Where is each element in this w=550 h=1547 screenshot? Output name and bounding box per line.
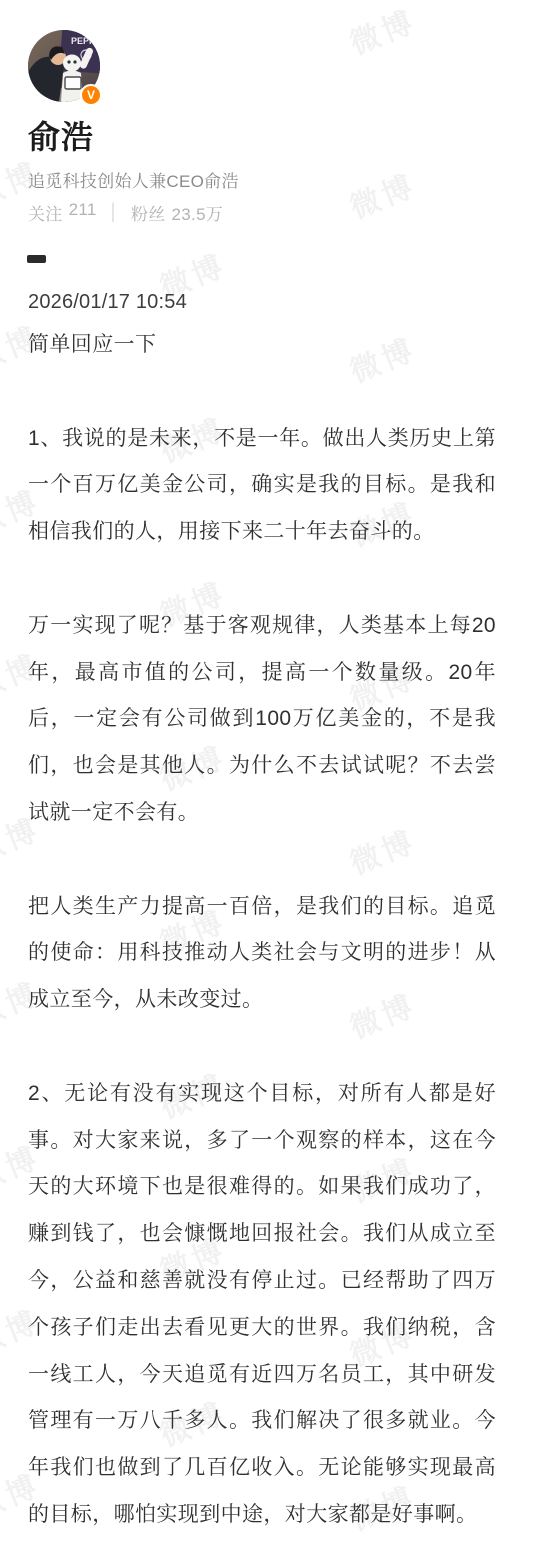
following-count: 211: [69, 200, 97, 225]
followers-count: 23.5万: [172, 200, 224, 225]
following-stat[interactable]: 关注 211: [28, 200, 97, 225]
verified-badge-letter: V: [87, 89, 95, 101]
post-paragraph: 2、无论有没有实现这个目标，对所有人都是好事。对大家来说，多了一个观察的样本，这…: [28, 1071, 496, 1539]
followers-label: 粉丝: [131, 200, 166, 225]
verified-badge-icon: V: [80, 84, 102, 106]
following-label: 关注: [28, 200, 63, 225]
post-body: 简单回应一下1、我说的是未来，不是一年。做出人类历史上第一个百万亿美金公司，确实…: [28, 322, 496, 1539]
profile-stats: 关注 211 │ 粉丝 23.5万: [28, 200, 223, 225]
weibo-watermark: 微博: [342, 161, 422, 227]
avatar[interactable]: PEPP V: [28, 30, 100, 102]
post-paragraph: 万一实现了呢？基于客观规律，人类基本上每20年，最高市值的公司，提高一个数量级。…: [28, 603, 496, 837]
weibo-post-screenshot: 微博微博微博微博微博微博微博微博微博微博微博微博微博微博微博微博微博微博微博微博…: [0, 0, 550, 1547]
followers-stat[interactable]: 粉丝 23.5万: [131, 200, 223, 225]
weibo-watermark: 微博: [342, 0, 422, 63]
profile-name[interactable]: 俞浩: [28, 112, 94, 158]
stats-divider: │: [109, 204, 119, 222]
post-paragraph: 简单回应一下: [28, 322, 496, 369]
collapsed-dash: [27, 255, 46, 263]
avatar-sign-text: PEPP: [71, 36, 95, 46]
profile-description: 追觅科技创始人兼CEO俞浩: [28, 167, 239, 192]
post-timestamp: 2026/01/17 10:54: [28, 291, 187, 314]
post-paragraph: 把人类生产力提高一百倍，是我们的目标。追觅的使命：用科技推动人类社会与文明的进步…: [28, 884, 496, 1024]
post-paragraph: 1、我说的是未来，不是一年。做出人类历史上第一个百万亿美金公司，确实是我的目标。…: [28, 416, 496, 556]
